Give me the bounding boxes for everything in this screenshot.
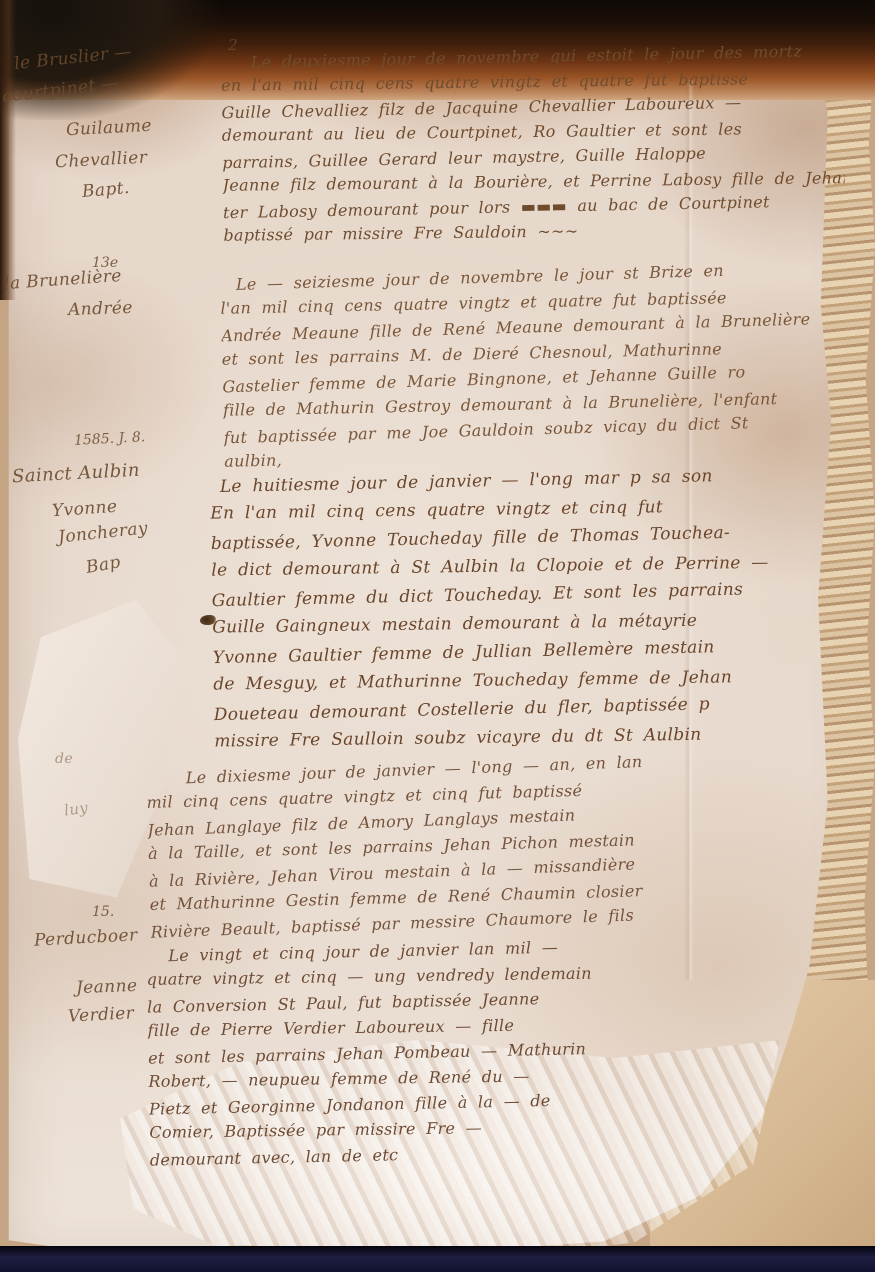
left-binding-edge xyxy=(0,0,16,300)
baptism-record: Le huitiesme jour de janvier — l'ong mar… xyxy=(210,460,871,756)
margin-note-firstname: Andrée xyxy=(68,298,133,320)
margin-note-faint: luy xyxy=(63,798,89,819)
baptism-record: Le dixiesme jour de janvier — l'ong — an… xyxy=(145,743,864,944)
manuscript-photo: 2 le Bruslier — courtpinet — Guilaume Ch… xyxy=(0,0,875,1272)
margin-note-firstname: Jeanne xyxy=(76,976,138,998)
baptism-record: Le vingt et cinq jour de janvier lan mil… xyxy=(146,930,852,1172)
margin-note-surname: Verdier xyxy=(68,1003,135,1026)
margin-note-bap: Bapt. xyxy=(81,178,130,202)
entry-number: 15. xyxy=(92,904,114,920)
cover-band-bottom xyxy=(0,1246,875,1272)
margin-note-faint: de xyxy=(55,751,73,767)
baptism-record: Le deuxiesme jour de novembre qui estoit… xyxy=(220,39,845,249)
baptism-record: Le — seiziesme jour de novembre le jour … xyxy=(220,255,873,475)
